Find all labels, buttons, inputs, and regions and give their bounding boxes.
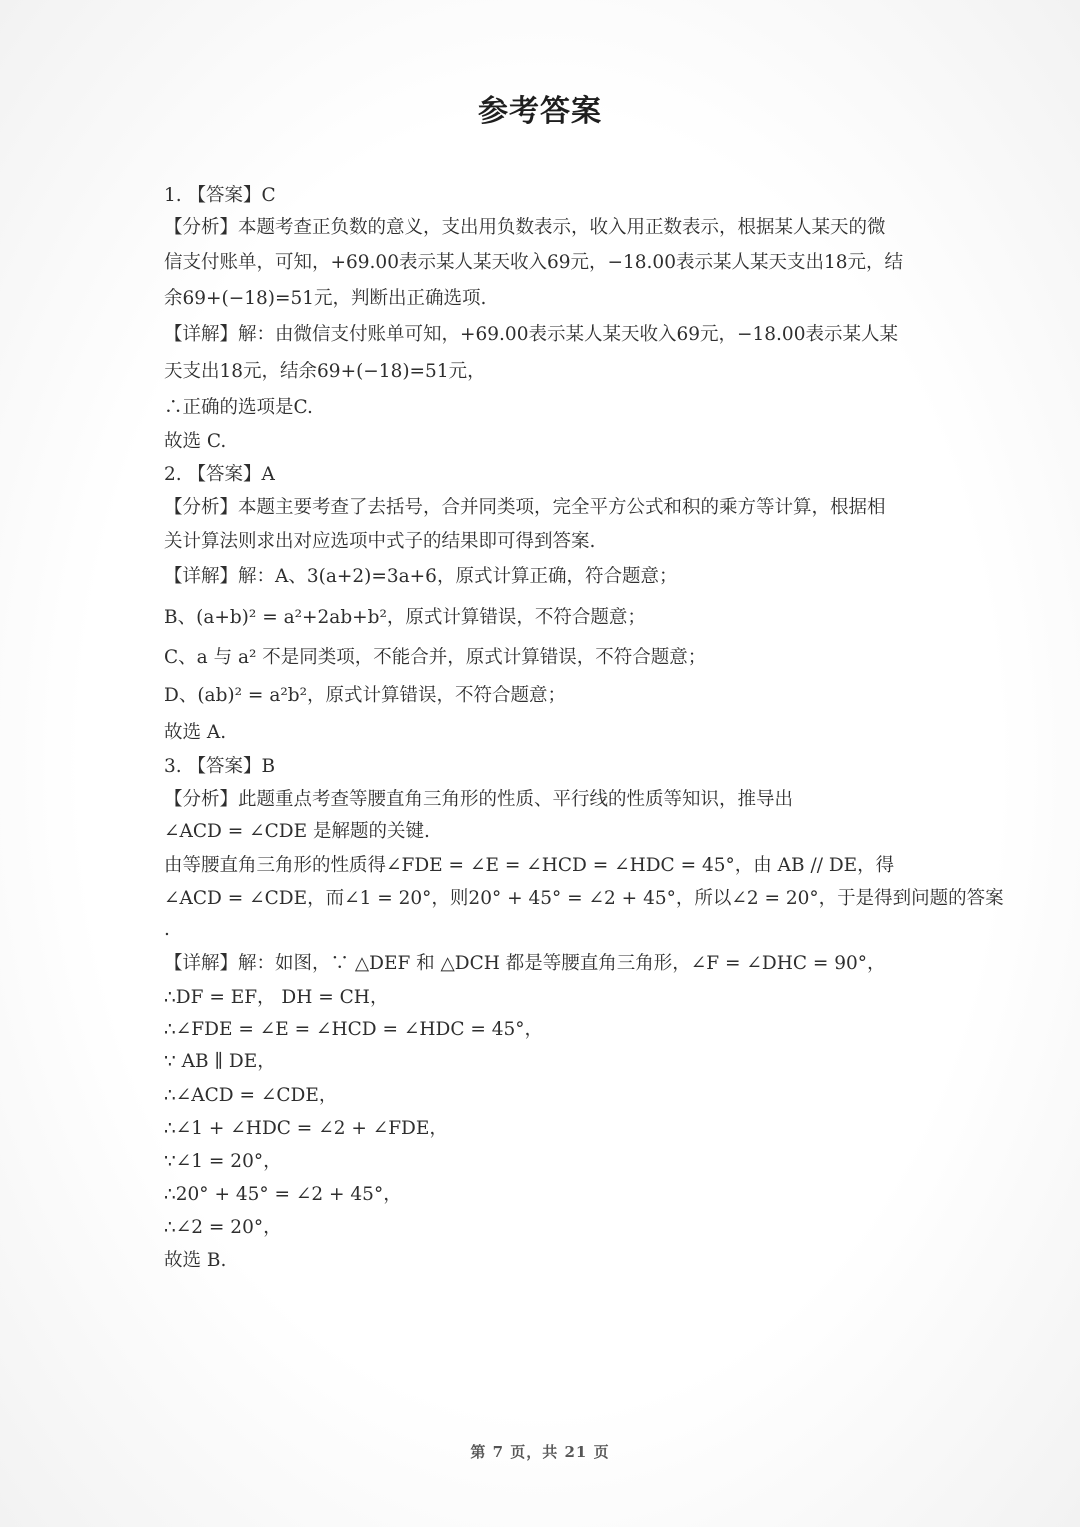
q3-detail-line-4: ∵ AB ∥ DE， bbox=[164, 1050, 276, 1074]
q1-choice: 故选 C. bbox=[164, 430, 226, 454]
q3-detail-line-7: ∵∠1 = 20°， bbox=[164, 1150, 282, 1174]
q1-detail-line-2: 天支出18元，结余69+(−18)=51元， bbox=[164, 360, 486, 384]
q2-detail-c: C、a 与 a² 不是同类项，不能合并，原式计算错误，不符合题意； bbox=[164, 646, 706, 670]
q2-answer: 2. 【答案】A bbox=[164, 463, 275, 487]
q3-detail-line-5: ∴∠ACD = ∠CDE， bbox=[164, 1084, 337, 1108]
q3-detail-line-6: ∴∠1 + ∠HDC = ∠2 + ∠FDE， bbox=[164, 1117, 448, 1141]
q1-analysis-line-1: 【分析】本题考查正负数的意义，支出用负数表示，收入用正数表示，根据某人某天的微 bbox=[164, 216, 886, 240]
q3-detail-line-9: ∴∠2 = 20°， bbox=[164, 1216, 282, 1240]
q3-analysis-line-5: . bbox=[164, 918, 170, 942]
document-page: 参考答案 1. 【答案】C 【分析】本题考查正负数的意义，支出用负数表示，收入用… bbox=[0, 0, 1080, 1527]
q3-analysis-line-4: ∠ACD = ∠CDE，而∠1 = 20°，则20° + 45° = ∠2 + … bbox=[164, 887, 1004, 911]
q2-detail-a: 【详解】解：A、3(a+2)=3a+6，原式计算正确，符合题意； bbox=[164, 565, 677, 589]
q3-detail-line-2: ∴DF = EF， DH = CH， bbox=[164, 986, 388, 1010]
q3-analysis-line-1: 【分析】此题重点考查等腰直角三角形的性质、平行线的性质等知识，推导出 bbox=[164, 788, 793, 812]
q2-detail-d: D、(ab)² = a²b²，原式计算错误，不符合题意； bbox=[164, 684, 566, 708]
q3-choice: 故选 B. bbox=[164, 1249, 226, 1273]
page-title: 参考答案 bbox=[0, 86, 1080, 130]
q3-detail-line-8: ∴20° + 45° = ∠2 + 45°， bbox=[164, 1183, 402, 1207]
q3-answer: 3. 【答案】B bbox=[164, 755, 275, 779]
q1-detail-line-1: 【详解】解：由微信支付账单可知，+69.00表示某人某天收入69元，−18.00… bbox=[164, 323, 898, 347]
q3-detail-line-3: ∴∠FDE = ∠E = ∠HCD = ∠HDC = 45°， bbox=[164, 1018, 543, 1042]
q1-analysis-line-3: 余69+(−18)=51元，判断出正确选项. bbox=[164, 287, 486, 311]
q1-detail-line-3: ∴正确的选项是C. bbox=[164, 396, 313, 420]
q2-analysis-line-1: 【分析】本题主要考查了去括号，合并同类项，完全平方公式和积的乘方等计算，根据相 bbox=[164, 496, 886, 520]
q3-analysis-line-2: ∠ACD = ∠CDE 是解题的关键. bbox=[164, 820, 430, 844]
q1-analysis-line-2: 信支付账单，可知，+69.00表示某人某天收入69元，−18.00表示某人某天支… bbox=[164, 251, 903, 275]
q2-analysis-line-2: 关计算法则求出对应选项中式子的结果即可得到答案. bbox=[164, 530, 595, 554]
q2-detail-b: B、(a+b)² = a²+2ab+b²，原式计算错误，不符合题意； bbox=[164, 606, 646, 630]
q3-analysis-line-3: 由等腰直角三角形的性质得∠FDE = ∠E = ∠HCD = ∠HDC = 45… bbox=[164, 854, 894, 878]
q2-choice: 故选 A. bbox=[164, 721, 226, 745]
q1-answer: 1. 【答案】C bbox=[164, 184, 276, 208]
page-number-footer: 第 7 页，共 21 页 bbox=[0, 1441, 1080, 1462]
q3-detail-line-1: 【详解】解：如图，∵ △DEF 和 △DCH 都是等腰直角三角形，∠F = ∠D… bbox=[164, 952, 886, 976]
